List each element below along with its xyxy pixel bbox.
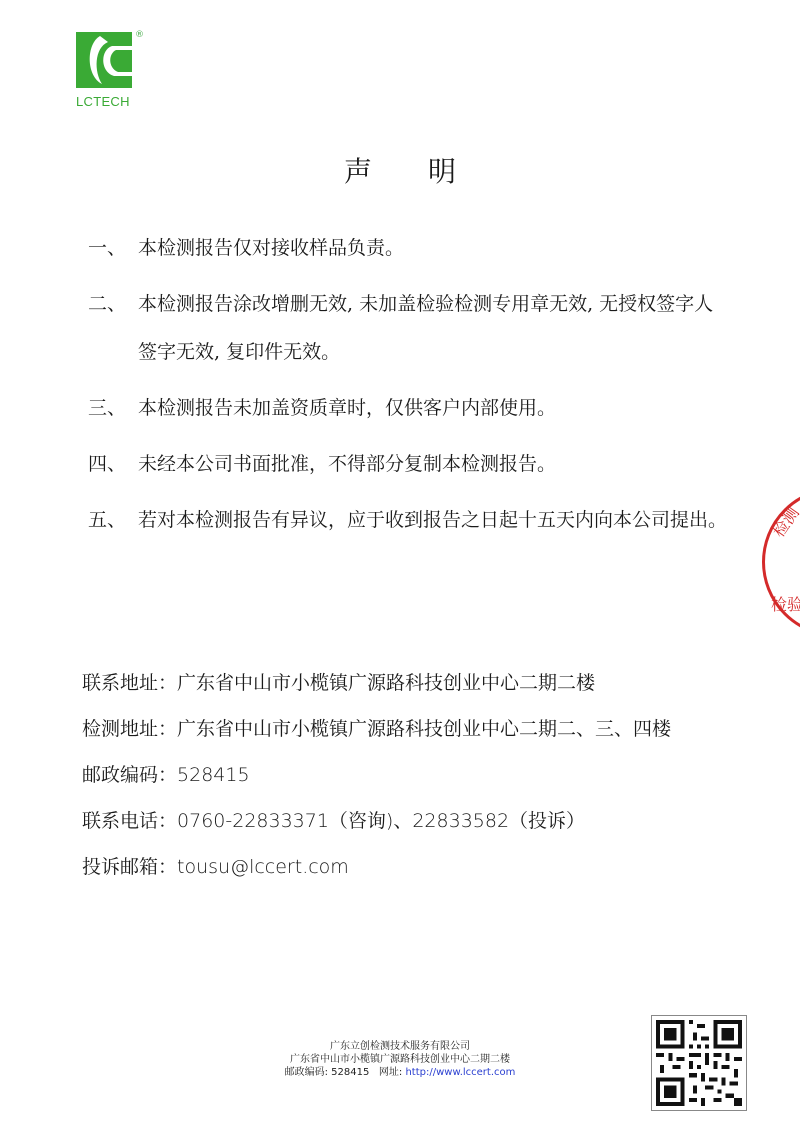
contact-email: 投诉邮箱：tousu@lccert.com — [82, 844, 671, 890]
logo-text: LCTECH — [76, 94, 130, 109]
footer-postcode-label: 邮政编码: — [285, 1067, 328, 1078]
declaration-item: 三、 本检测报告未加盖资质章时，仅供客户内部使用。 — [88, 384, 728, 432]
footer-website-label: 网址: — [379, 1067, 402, 1078]
contact-value: 528415 — [177, 764, 250, 786]
contact-label: 投诉邮箱： — [82, 856, 177, 878]
contact-postcode: 邮政编码：528415 — [82, 752, 671, 798]
contact-value: 广东省中山市小榄镇广源路科技创业中心二期二、三、四楼 — [177, 718, 671, 740]
contact-label: 联系电话： — [82, 810, 177, 832]
declaration-number: 三、 — [88, 384, 126, 432]
contact-address: 联系地址：广东省中山市小榄镇广源路科技创业中心二期二楼 — [82, 660, 671, 706]
seal-text-bottom: 检验 — [771, 592, 800, 615]
declaration-number: 一、 — [88, 224, 126, 272]
contact-value[interactable]: tousu@lccert.com — [177, 856, 349, 878]
footer-postcode: 528415 — [331, 1067, 369, 1078]
contact-phone: 联系电话：0760-22833371（咨询)、22833582（投诉） — [82, 798, 671, 844]
footer-contact: 邮政编码: 528415 网址: http://www.lccert.com — [250, 1066, 550, 1079]
lctech-logo-icon — [76, 32, 132, 88]
footer-website-link[interactable]: http://www.lccert.com — [405, 1067, 515, 1078]
page-footer: 广东立创检测技术服务有限公司 广东省中山市小榄镇广源路科技创业中心二期二楼 邮政… — [250, 1040, 550, 1079]
contact-value: 广东省中山市小榄镇广源路科技创业中心二期二楼 — [177, 672, 595, 694]
registered-mark: ® — [135, 30, 144, 40]
qr-code — [651, 1015, 747, 1111]
footer-company: 广东立创检测技术服务有限公司 — [250, 1040, 550, 1053]
declaration-item: 五、 若对本检测报告有异议，应于收到报告之日起十五天内向本公司提出。 — [88, 496, 728, 544]
official-seal: 检测 检验 — [762, 487, 800, 637]
contact-info: 联系地址：广东省中山市小榄镇广源路科技创业中心二期二楼 检测地址：广东省中山市小… — [82, 660, 671, 890]
declaration-number: 二、 — [88, 280, 126, 328]
declaration-text: 未经本公司书面批准，不得部分复制本检测报告。 — [138, 453, 556, 475]
declaration-text: 本检测报告未加盖资质章时，仅供客户内部使用。 — [138, 397, 556, 419]
declaration-item: 二、 本检测报告涂改增删无效, 未加盖检验检测专用章无效, 无授权签字人签字无效… — [88, 280, 728, 376]
declaration-number: 五、 — [88, 496, 126, 544]
declaration-number: 四、 — [88, 440, 126, 488]
declaration-list: 一、 本检测报告仅对接收样品负责。 二、 本检测报告涂改增删无效, 未加盖检验检… — [88, 224, 728, 544]
company-logo: ® LCTECH — [76, 32, 156, 112]
seal-text-top: 检测 — [766, 502, 800, 541]
declaration-text: 本检测报告涂改增删无效, 未加盖检验检测专用章无效, 无授权签字人签字无效, 复… — [138, 293, 713, 363]
contact-label: 检测地址： — [82, 718, 177, 740]
declaration-item: 四、 未经本公司书面批准，不得部分复制本检测报告。 — [88, 440, 728, 488]
contact-test-address: 检测地址：广东省中山市小榄镇广源路科技创业中心二期二、三、四楼 — [82, 706, 671, 752]
declaration-text: 本检测报告仅对接收样品负责。 — [138, 237, 404, 259]
declaration-item: 一、 本检测报告仅对接收样品负责。 — [88, 224, 728, 272]
footer-address: 广东省中山市小榄镇广源路科技创业中心二期二楼 — [250, 1053, 550, 1066]
qr-code-icon — [656, 1020, 742, 1106]
contact-value: 0760-22833371（咨询)、22833582（投诉） — [177, 810, 585, 832]
contact-label: 联系地址： — [82, 672, 177, 694]
page-title: 声明 — [0, 150, 800, 190]
contact-label: 邮政编码： — [82, 764, 177, 786]
declaration-text: 若对本检测报告有异议，应于收到报告之日起十五天内向本公司提出。 — [138, 509, 727, 531]
